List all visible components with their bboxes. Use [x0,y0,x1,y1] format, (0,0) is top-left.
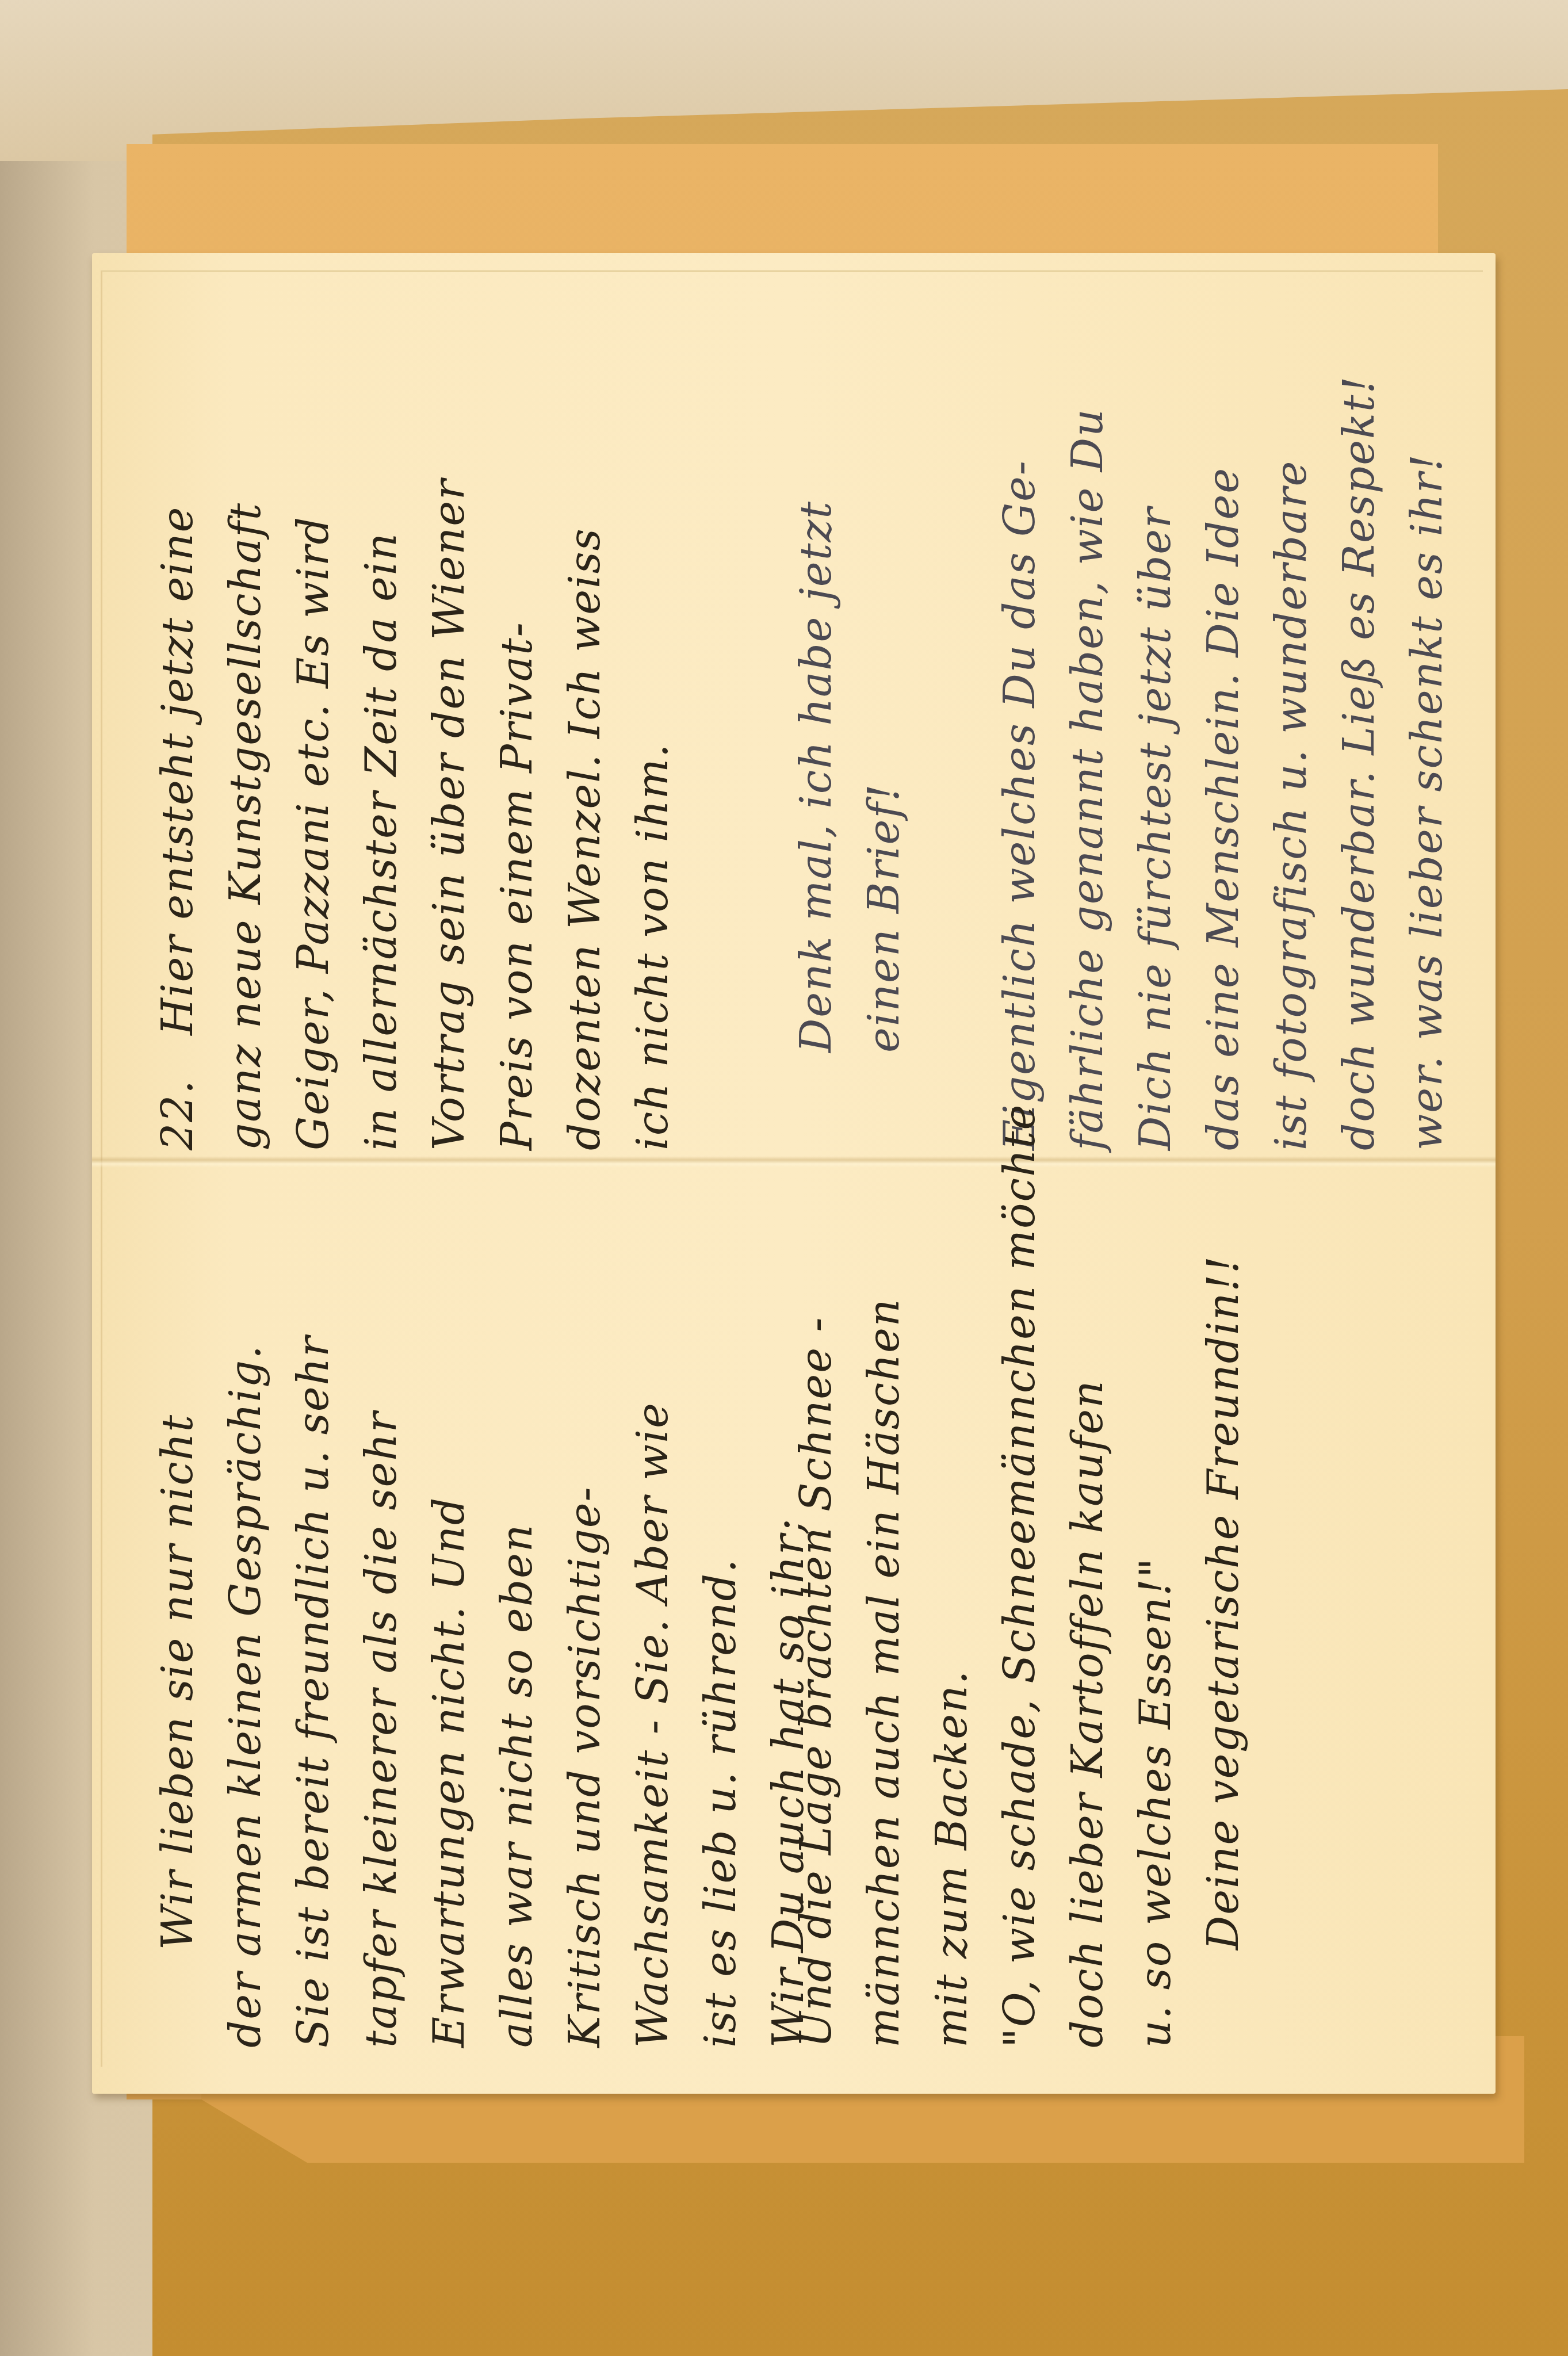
letter-line: der armen kleinen Gesprächig. [212,1185,280,2048]
letter-line: "O, wie schade, Schneemännchen möchte [986,1185,1054,2048]
letter-line: ich nicht von ihm. [619,288,687,1150]
letter-line: Geiger, Pazzani etc. Es wird [280,288,347,1150]
letter-line: dozenten Wenzel. Ich weiss [551,288,619,1150]
letter-line: alles war nicht so eben [483,1185,551,2048]
letter-line: Wachsamkeit - Sie. Aber wie [619,1185,687,2048]
letter-line: tapfer kleinerer als die sehr [347,1185,415,2048]
letter-page-top-right: Denk mal, ich habe jetzt einen Brief! Ei… [782,288,1380,1150]
letter-line: das eine Menschlein. Die Idee [1190,288,1257,1150]
letter-line: Sie ist bereit freundlich u. sehr [280,1185,347,2048]
letter-line: in allernächster Zeit da ein [347,288,415,1150]
letter-line: doch lieber Kartoffeln kaufen [1054,1185,1122,2048]
page-number: 22. [153,1079,202,1150]
letter-line: Erwartungen nicht. Und [415,1185,483,2048]
letter-line: männchen auch mal ein Häschen [850,1185,918,2048]
letter-page-bottom-left: Wir lieben sie nur nicht der armen klein… [144,1185,742,2048]
letter-page-top-left: 22. Hier entsteht jetzt eine ganz neue K… [144,288,742,1150]
letter-line: Wir lieben sie nur nicht [144,1185,212,2048]
letter-line: u. so welches Essen!" [1122,1185,1190,2048]
letter-line: ist es lieb u. rührend. [687,1185,755,2048]
letter-line: ganz neue Kunstgesellschaft [212,288,280,1150]
letter-line: Eigentlich welches Du das Ge- [986,288,1054,1150]
letter-line: Vortrag sein über den Wiener [415,288,483,1150]
letter-line: Und die Lage brachten Schnee - [782,1185,850,2048]
letter-line: mit zum Backen. [918,1185,986,2048]
line-gap [918,288,986,1150]
letter-line: 22. Hier entsteht jetzt eine [144,288,212,1150]
letter-line: doch wunderbar. Ließ es Respekt! [1325,288,1393,1150]
letter-line: Denk mal, ich habe jetzt [782,288,850,1150]
letter-line: wer. was lieber schenkt es ihr! [1393,288,1461,1150]
letter-fold-crease [92,1156,1496,1168]
letter-line: Deine vegetarische Freundin!! [1190,1185,1257,2048]
letter-line: Kritisch und vorsichtige- [551,1185,619,2048]
letter-page-bottom-right: Und die Lage brachten Schnee - männchen … [782,1185,1380,2048]
letter-line: Preis von einem Privat- [483,288,551,1150]
letter-line: fährliche genannt haben, wie Du [1054,288,1122,1150]
letter-line: einen Brief! [850,288,918,1150]
letter-line: ist fotografisch u. wunderbare [1257,288,1325,1150]
letter-line: Dich nie fürchtest jetzt über [1122,288,1190,1150]
